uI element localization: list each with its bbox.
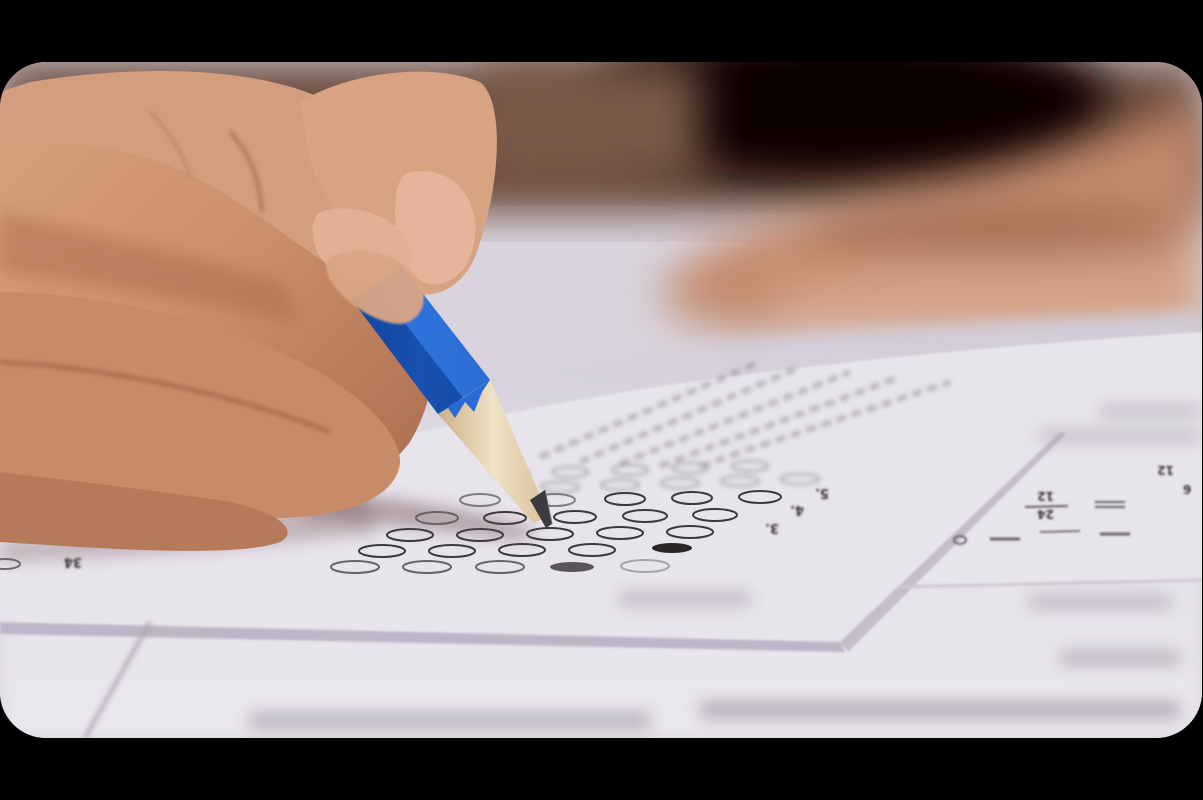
svg-text:9: 9 <box>1183 483 1191 497</box>
filled-bubble <box>550 562 594 572</box>
photo-frame: 5. 4. 3. 34 12 24 12 9 <box>0 62 1202 738</box>
filled-bubble <box>652 543 692 553</box>
svg-text:12: 12 <box>1157 463 1174 477</box>
question-number: 3. <box>765 520 779 535</box>
svg-text:24: 24 <box>1037 507 1054 521</box>
question-number: 4. <box>790 502 804 517</box>
answer-sheet-photo: 5. 4. 3. 34 12 24 12 9 <box>0 62 1202 738</box>
svg-text:12: 12 <box>1037 489 1054 503</box>
question-number: 5. <box>815 485 829 500</box>
